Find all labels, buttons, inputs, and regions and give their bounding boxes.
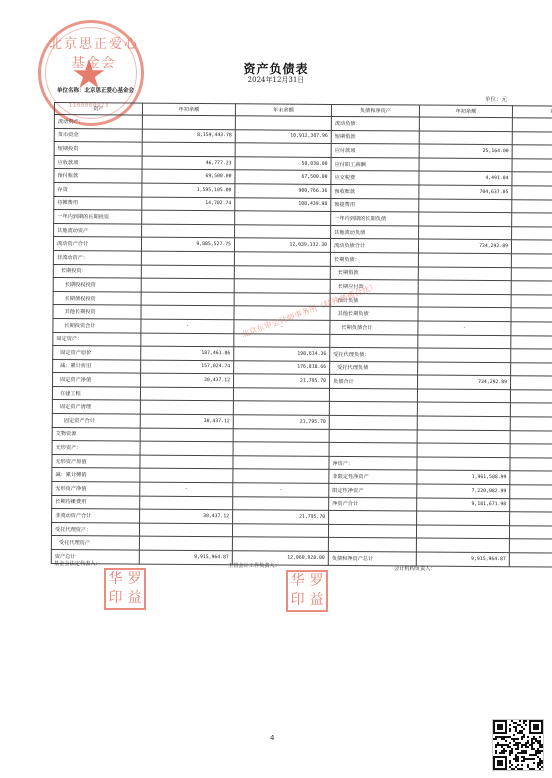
seal-char: 益	[307, 591, 326, 610]
liability-closing-balance	[512, 118, 552, 132]
asset-opening-balance: 46,777.23	[142, 156, 235, 170]
asset-closing-balance: 176,818.66	[234, 360, 330, 374]
liability-label: 非限定性净资产	[329, 470, 417, 484]
asset-closing-balance: 198,614.36	[234, 347, 330, 361]
liability-label: 其他长期负债	[330, 307, 418, 321]
liability-closing-balance	[510, 390, 552, 404]
asset-opening-balance: 30,437.12	[141, 373, 234, 387]
asset-closing-balance	[233, 388, 329, 402]
legal-rep-label: 基金会法定代表人：	[54, 560, 101, 567]
header-liabilities: 负债和净资产	[331, 104, 419, 117]
liability-opening-balance	[418, 253, 511, 267]
asset-label: 预付账款	[54, 169, 142, 183]
liability-opening-balance	[418, 362, 511, 376]
liability-label	[328, 538, 416, 552]
unit-name: 单位名称：北京思正爱心基金会	[57, 86, 134, 94]
asset-label: 受托代理资产	[51, 536, 139, 550]
asset-label: 流动资产：	[54, 115, 142, 129]
liability-opening-balance	[417, 511, 510, 525]
liability-opening-balance: 25,164.00	[419, 144, 512, 158]
asset-closing-balance: 21,795.70	[233, 415, 329, 429]
asset-opening-balance	[142, 210, 235, 224]
liability-label: 长期负债合计	[330, 320, 418, 334]
liability-closing-balance: 68,764.58	[512, 172, 552, 186]
table-body: 流动资产：流动负债：货币资金8,159,443.7810,912,387.96短…	[51, 115, 552, 567]
liability-closing-balance	[510, 458, 552, 472]
asset-opening-balance: -	[141, 319, 234, 333]
liability-opening-balance	[416, 525, 509, 539]
liability-label: 应付款项	[331, 144, 419, 158]
asset-label: 存货	[54, 182, 142, 196]
liability-opening-balance: 704,637.05	[419, 185, 512, 199]
liability-label	[329, 388, 417, 402]
liability-opening-balance	[419, 117, 512, 131]
asset-opening-balance: 187,461.86	[141, 346, 234, 360]
asset-label: 固定资产清理	[52, 400, 140, 414]
liability-label: 受托代理负债	[330, 361, 418, 375]
balance-sheet-table-wrapper: 资产 年初余额 年末余额 负债和净资产 年初余额 年末余额 流动资产：流动负债：…	[51, 102, 501, 567]
asset-opening-balance	[140, 428, 233, 442]
asset-label: 长期投资合计	[53, 318, 141, 332]
liability-opening-balance	[416, 538, 509, 552]
header-assets: 资产	[54, 103, 142, 116]
seal-char: 华	[106, 570, 125, 589]
liability-closing-balance: 11,882,713.42	[510, 498, 552, 512]
header-assets-closing: 年末余额	[235, 104, 331, 117]
liability-label: 净资产：	[329, 456, 417, 470]
liability-opening-balance	[419, 212, 512, 226]
liability-closing-balance: 12,060,928.00	[509, 553, 552, 567]
qr-code-icon	[492, 719, 544, 771]
asset-closing-balance	[233, 496, 329, 510]
asset-opening-balance: 69,500.00	[142, 169, 235, 183]
asset-label: 固定资产：	[53, 332, 141, 346]
header-liabilities-opening: 年初余额	[419, 105, 512, 118]
liability-closing-balance	[511, 294, 552, 308]
liability-opening-balance: 4,491.84	[419, 171, 512, 185]
liability-closing-balance	[512, 131, 552, 145]
liability-opening-balance: 734,292.89	[418, 239, 511, 253]
liability-closing-balance	[511, 335, 552, 349]
liability-closing-balance	[512, 226, 552, 240]
asset-label: 长期股权投资	[53, 278, 141, 292]
asset-label: 受托代理资产：	[51, 522, 139, 536]
liability-opening-balance	[417, 389, 510, 403]
liability-closing-balance: 9,450.00	[512, 145, 552, 159]
asset-opening-balance	[141, 305, 234, 319]
asset-closing-balance	[235, 211, 331, 225]
asset-closing-balance	[235, 116, 331, 130]
seal-char: 罗	[125, 570, 144, 589]
asset-label: 流动资产合计	[53, 237, 141, 251]
asset-opening-balance	[139, 537, 232, 551]
asset-opening-balance: 9,915,964.87	[139, 550, 232, 564]
asset-closing-balance	[233, 401, 329, 415]
asset-opening-balance	[139, 523, 232, 537]
liability-opening-balance	[418, 348, 511, 362]
liability-opening-balance	[417, 457, 510, 471]
liability-closing-balance	[509, 539, 552, 553]
liability-opening-balance	[419, 158, 512, 172]
asset-opening-balance	[140, 469, 233, 483]
page-number: 4	[270, 734, 274, 742]
asset-label: 货币资金	[54, 128, 142, 142]
asset-opening-balance	[141, 333, 234, 347]
asset-opening-balance	[140, 455, 233, 469]
liability-opening-balance: 7,220,082.99	[417, 484, 510, 498]
liability-closing-balance	[510, 444, 552, 458]
asset-closing-balance	[233, 442, 329, 456]
liability-label: 预收账款	[331, 184, 419, 198]
asset-opening-balance	[142, 224, 235, 238]
asset-label: 无形资产净值	[52, 482, 140, 496]
asset-label: 其他长期投资	[53, 305, 141, 319]
asset-closing-balance	[234, 252, 330, 266]
liability-opening-balance	[417, 416, 510, 430]
asset-closing-balance: 900,766.36	[235, 184, 331, 198]
liability-opening-balance: 1,961,588.99	[417, 470, 510, 484]
liability-closing-balance: 178,214.58	[511, 376, 552, 390]
liability-label: 短期借款	[331, 130, 419, 144]
asset-closing-balance: 21,795.70	[234, 374, 330, 388]
liability-opening-balance	[419, 199, 512, 213]
asset-label: 非流动资产：	[53, 250, 141, 264]
asset-label: 在建工程	[52, 386, 140, 400]
asset-opening-balance	[142, 115, 235, 129]
asset-label: 无形资产原值	[52, 454, 140, 468]
liability-opening-balance	[417, 403, 510, 417]
liability-closing-balance: 100,000.00	[512, 186, 552, 200]
liability-label: 预提费用	[331, 198, 419, 212]
asset-opening-balance	[140, 401, 233, 415]
asset-opening-balance	[141, 265, 234, 279]
liability-closing-balance	[511, 267, 552, 281]
balance-sheet-table: 资产 年初余额 年末余额 负债和净资产 年初余额 年末余额 流动资产：流动负债：…	[51, 102, 552, 567]
asset-opening-balance: 1,595,105.00	[142, 183, 235, 197]
asset-label: 固定资产净值	[53, 373, 141, 387]
chief-accountant-label: 主管会计工作负责人：	[228, 562, 280, 569]
liability-closing-balance	[509, 526, 552, 540]
liability-label: 其他流动负债	[331, 225, 419, 239]
liability-label	[329, 511, 417, 525]
liability-label	[329, 402, 417, 416]
liability-opening-balance	[419, 226, 512, 240]
liability-closing-balance	[510, 417, 552, 431]
liability-opening-balance	[418, 294, 511, 308]
liability-label	[330, 334, 418, 348]
table-row: 资产总计9,915,964.8712,060,928.00负债和净资产总计9,9…	[51, 549, 552, 566]
asset-opening-balance	[142, 142, 235, 156]
liability-closing-balance	[511, 308, 552, 322]
liability-label: 净资产合计	[329, 497, 417, 511]
asset-opening-balance	[141, 292, 234, 306]
asset-label: 长期投资：	[53, 264, 141, 278]
liability-label: 流动负债：	[331, 116, 419, 130]
asset-closing-balance	[232, 537, 328, 551]
asset-closing-balance: 50,038.00	[235, 157, 331, 171]
seal-char: 华	[288, 572, 307, 591]
asset-closing-balance: -	[233, 483, 329, 497]
liability-label: 长期借款	[330, 266, 418, 280]
asset-closing-balance	[233, 428, 329, 442]
liability-opening-balance	[418, 267, 511, 281]
asset-closing-balance: 21,795.70	[233, 510, 329, 524]
asset-opening-balance: 14,702.74	[142, 197, 235, 211]
seal-char: 罗	[307, 572, 326, 591]
liability-label: 负债和净资产总计	[328, 551, 416, 565]
asset-opening-balance: 8,159,443.78	[142, 129, 235, 143]
asset-closing-balance	[235, 143, 331, 157]
liability-label	[328, 524, 416, 538]
liability-closing-balance	[511, 254, 552, 268]
asset-opening-balance	[140, 496, 233, 510]
liability-closing-balance: 178,214.58	[511, 240, 552, 254]
liability-opening-balance	[418, 335, 511, 349]
asset-label: 无形资产：	[52, 441, 140, 455]
asset-opening-balance	[140, 441, 233, 455]
asset-closing-balance: 12,039,132.30	[234, 238, 330, 252]
seal-char: 益	[125, 589, 144, 608]
personal-seal-right: 华 罗 印 益	[286, 570, 328, 612]
liability-closing-balance	[511, 281, 552, 295]
liability-closing-balance	[510, 430, 552, 444]
liability-label: 长期负债：	[330, 252, 418, 266]
seal-char: 印	[106, 589, 125, 608]
liability-closing-balance	[511, 362, 552, 376]
asset-label: 其他流动资产	[54, 223, 142, 237]
liability-opening-balance	[419, 131, 512, 145]
document-date: 2024年12月31日	[0, 75, 552, 85]
asset-closing-balance	[234, 279, 330, 293]
asset-label: 一年内到期的长期投资	[54, 210, 142, 224]
liability-closing-balance: 6,603,991.08	[510, 485, 552, 499]
header-assets-opening: 年初余额	[142, 103, 235, 116]
asset-opening-balance: -	[140, 482, 233, 496]
accounting-head-label: 会计机构负责人：	[394, 565, 436, 572]
asset-label: 短期投资	[54, 142, 142, 156]
asset-opening-balance: 157,024.74	[141, 360, 234, 374]
liability-closing-balance: -	[511, 322, 552, 336]
asset-label: 非流动资产合计	[52, 509, 140, 523]
liability-label: 流动负债合计	[330, 239, 418, 253]
asset-closing-balance	[235, 225, 331, 239]
header-liabilities-closing: 年末余额	[512, 106, 552, 119]
liability-closing-balance	[510, 403, 552, 417]
liability-label	[329, 415, 417, 429]
liability-closing-balance	[512, 199, 552, 213]
liability-label: 应付职工薪酬	[331, 157, 419, 171]
liability-label: 受托代理负债：	[330, 348, 418, 362]
liability-closing-balance	[510, 512, 552, 526]
asset-closing-balance: 108,439.98	[235, 197, 331, 211]
liability-opening-balance	[418, 280, 511, 294]
asset-opening-balance	[141, 251, 234, 265]
liability-opening-balance: 734,292.89	[418, 375, 511, 389]
asset-label: 减：累计折旧	[53, 359, 141, 373]
liability-opening-balance: -	[418, 321, 511, 335]
balance-sheet-page: 北京思正爱心基金会 ★ 1100000073 资产负债表 2024年12月31日…	[0, 0, 552, 778]
liability-opening-balance	[417, 443, 510, 457]
liability-closing-balance	[511, 349, 552, 363]
asset-label: 固定资产原价	[53, 346, 141, 360]
asset-opening-balance	[140, 387, 233, 401]
asset-opening-balance: 30,437.12	[140, 414, 233, 428]
asset-opening-balance: 9,885,527.75	[141, 237, 234, 251]
asset-opening-balance	[141, 278, 234, 292]
asset-closing-balance	[233, 469, 329, 483]
asset-label: 长期待摊费用	[52, 495, 140, 509]
asset-label: 长期债权投资	[53, 291, 141, 305]
liability-label	[329, 429, 417, 443]
asset-closing-balance	[233, 456, 329, 470]
currency-unit: 单位：元	[485, 95, 507, 103]
asset-label: 待摊费用	[54, 196, 142, 210]
asset-label: 应收款项	[54, 155, 142, 169]
liability-label: 一年内到期的长期负债	[331, 212, 419, 226]
seal-char: 印	[288, 591, 307, 610]
asset-label: 文物资源	[52, 427, 140, 441]
liability-label: 负债合计	[330, 375, 418, 389]
asset-closing-balance	[234, 265, 330, 279]
liability-label: 限定性净资产	[329, 483, 417, 497]
liability-opening-balance	[417, 430, 510, 444]
asset-opening-balance: 30,437.12	[140, 509, 233, 523]
liability-opening-balance: 9,181,671.98	[417, 498, 510, 512]
liability-label	[329, 443, 417, 457]
liability-closing-balance: 5,278,722.34	[510, 471, 552, 485]
liability-opening-balance	[418, 307, 511, 321]
liability-closing-balance	[512, 213, 552, 227]
personal-seal-left: 华 罗 印 益	[104, 568, 146, 610]
asset-closing-balance: 67,500.00	[235, 170, 331, 184]
asset-label: 固定资产合计	[52, 414, 140, 428]
asset-closing-balance	[232, 524, 328, 538]
asset-label: 减：累计摊销	[52, 468, 140, 482]
asset-closing-balance: 10,912,387.96	[235, 129, 331, 143]
liability-label: 应交税费	[331, 171, 419, 185]
liability-closing-balance	[512, 158, 552, 172]
